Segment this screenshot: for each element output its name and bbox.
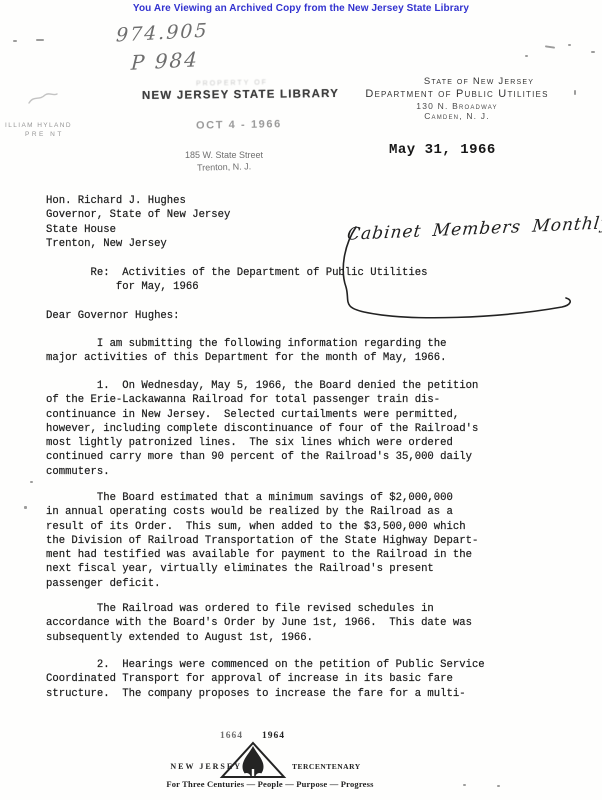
stamp-property-line: PROPERTY OF: [196, 79, 268, 87]
tercentenary-tagline: For Three Centuries — People — Purpose —…: [150, 779, 390, 789]
letterhead-state: State of New Jersey: [352, 76, 584, 87]
scan-artifact: [30, 481, 33, 483]
letterhead-department: Department of Public Utilities: [352, 88, 562, 100]
official-title-line: PRE NT: [5, 130, 72, 139]
scan-artifact: [574, 90, 576, 95]
letter-paragraph-1: I am submitting the following informatio…: [46, 337, 447, 366]
tercentenary-logo-icon: [218, 740, 288, 782]
recipient-address-block: Hon. Richard J. Hughes Governor, State o…: [46, 194, 230, 251]
scan-artifact: [545, 45, 555, 48]
letter-paragraph-2: 1. On Wednesday, May 5, 1966, the Board …: [46, 379, 478, 479]
archive-banner: You Are Viewing an Archived Copy from th…: [0, 3, 602, 14]
scan-artifact: [497, 785, 500, 787]
letterhead-address-city: Camden, N. J.: [352, 111, 562, 121]
scan-artifact: [568, 44, 571, 46]
library-stamp-name: NEW JERSEY STATE LIBRARY: [142, 88, 339, 102]
scan-artifact: [463, 784, 466, 786]
letter-paragraph-5: 2. Hearings were commenced on the petiti…: [46, 658, 485, 701]
scan-artifact: [13, 40, 17, 42]
letter-paragraph-3: The Board estimated that a minimum savin…: [46, 491, 478, 591]
scan-artifact: [525, 55, 528, 57]
library-stamp-city: Trenton, N. J.: [197, 161, 251, 172]
letter-paragraph-4: The Railroad was ordered to file revised…: [46, 602, 472, 645]
library-stamp-street: 185 W. State Street: [185, 150, 263, 160]
scan-artifact: [591, 51, 595, 53]
official-name-line: ILLIAM HYLAND: [5, 121, 72, 130]
pencil-scribble-mark: [26, 90, 60, 108]
pencil-call-number: 974.905: [115, 20, 209, 47]
salutation: Dear Governor Hughes:: [46, 309, 180, 323]
scanned-letter-page: You Are Viewing an Archived Copy from th…: [0, 0, 602, 800]
logo-label-tercentenary: TERCENTENARY: [292, 762, 361, 771]
letter-date: May 31, 1966: [389, 142, 496, 158]
library-stamp-date: OCT 4 - 1966: [196, 118, 282, 131]
scan-artifact: [24, 506, 27, 509]
letterhead-official-name: ILLIAM HYLAND PRE NT: [5, 121, 72, 139]
letterhead-address-street: 130 N. Broadway: [352, 101, 562, 111]
scan-artifact: [36, 39, 44, 41]
subject-re-block: Re: Activities of the Department of Publ…: [46, 266, 427, 295]
logo-label-new-jersey: NEW JERSEY: [166, 762, 242, 771]
pencil-cutter-number: P 984: [130, 47, 199, 75]
